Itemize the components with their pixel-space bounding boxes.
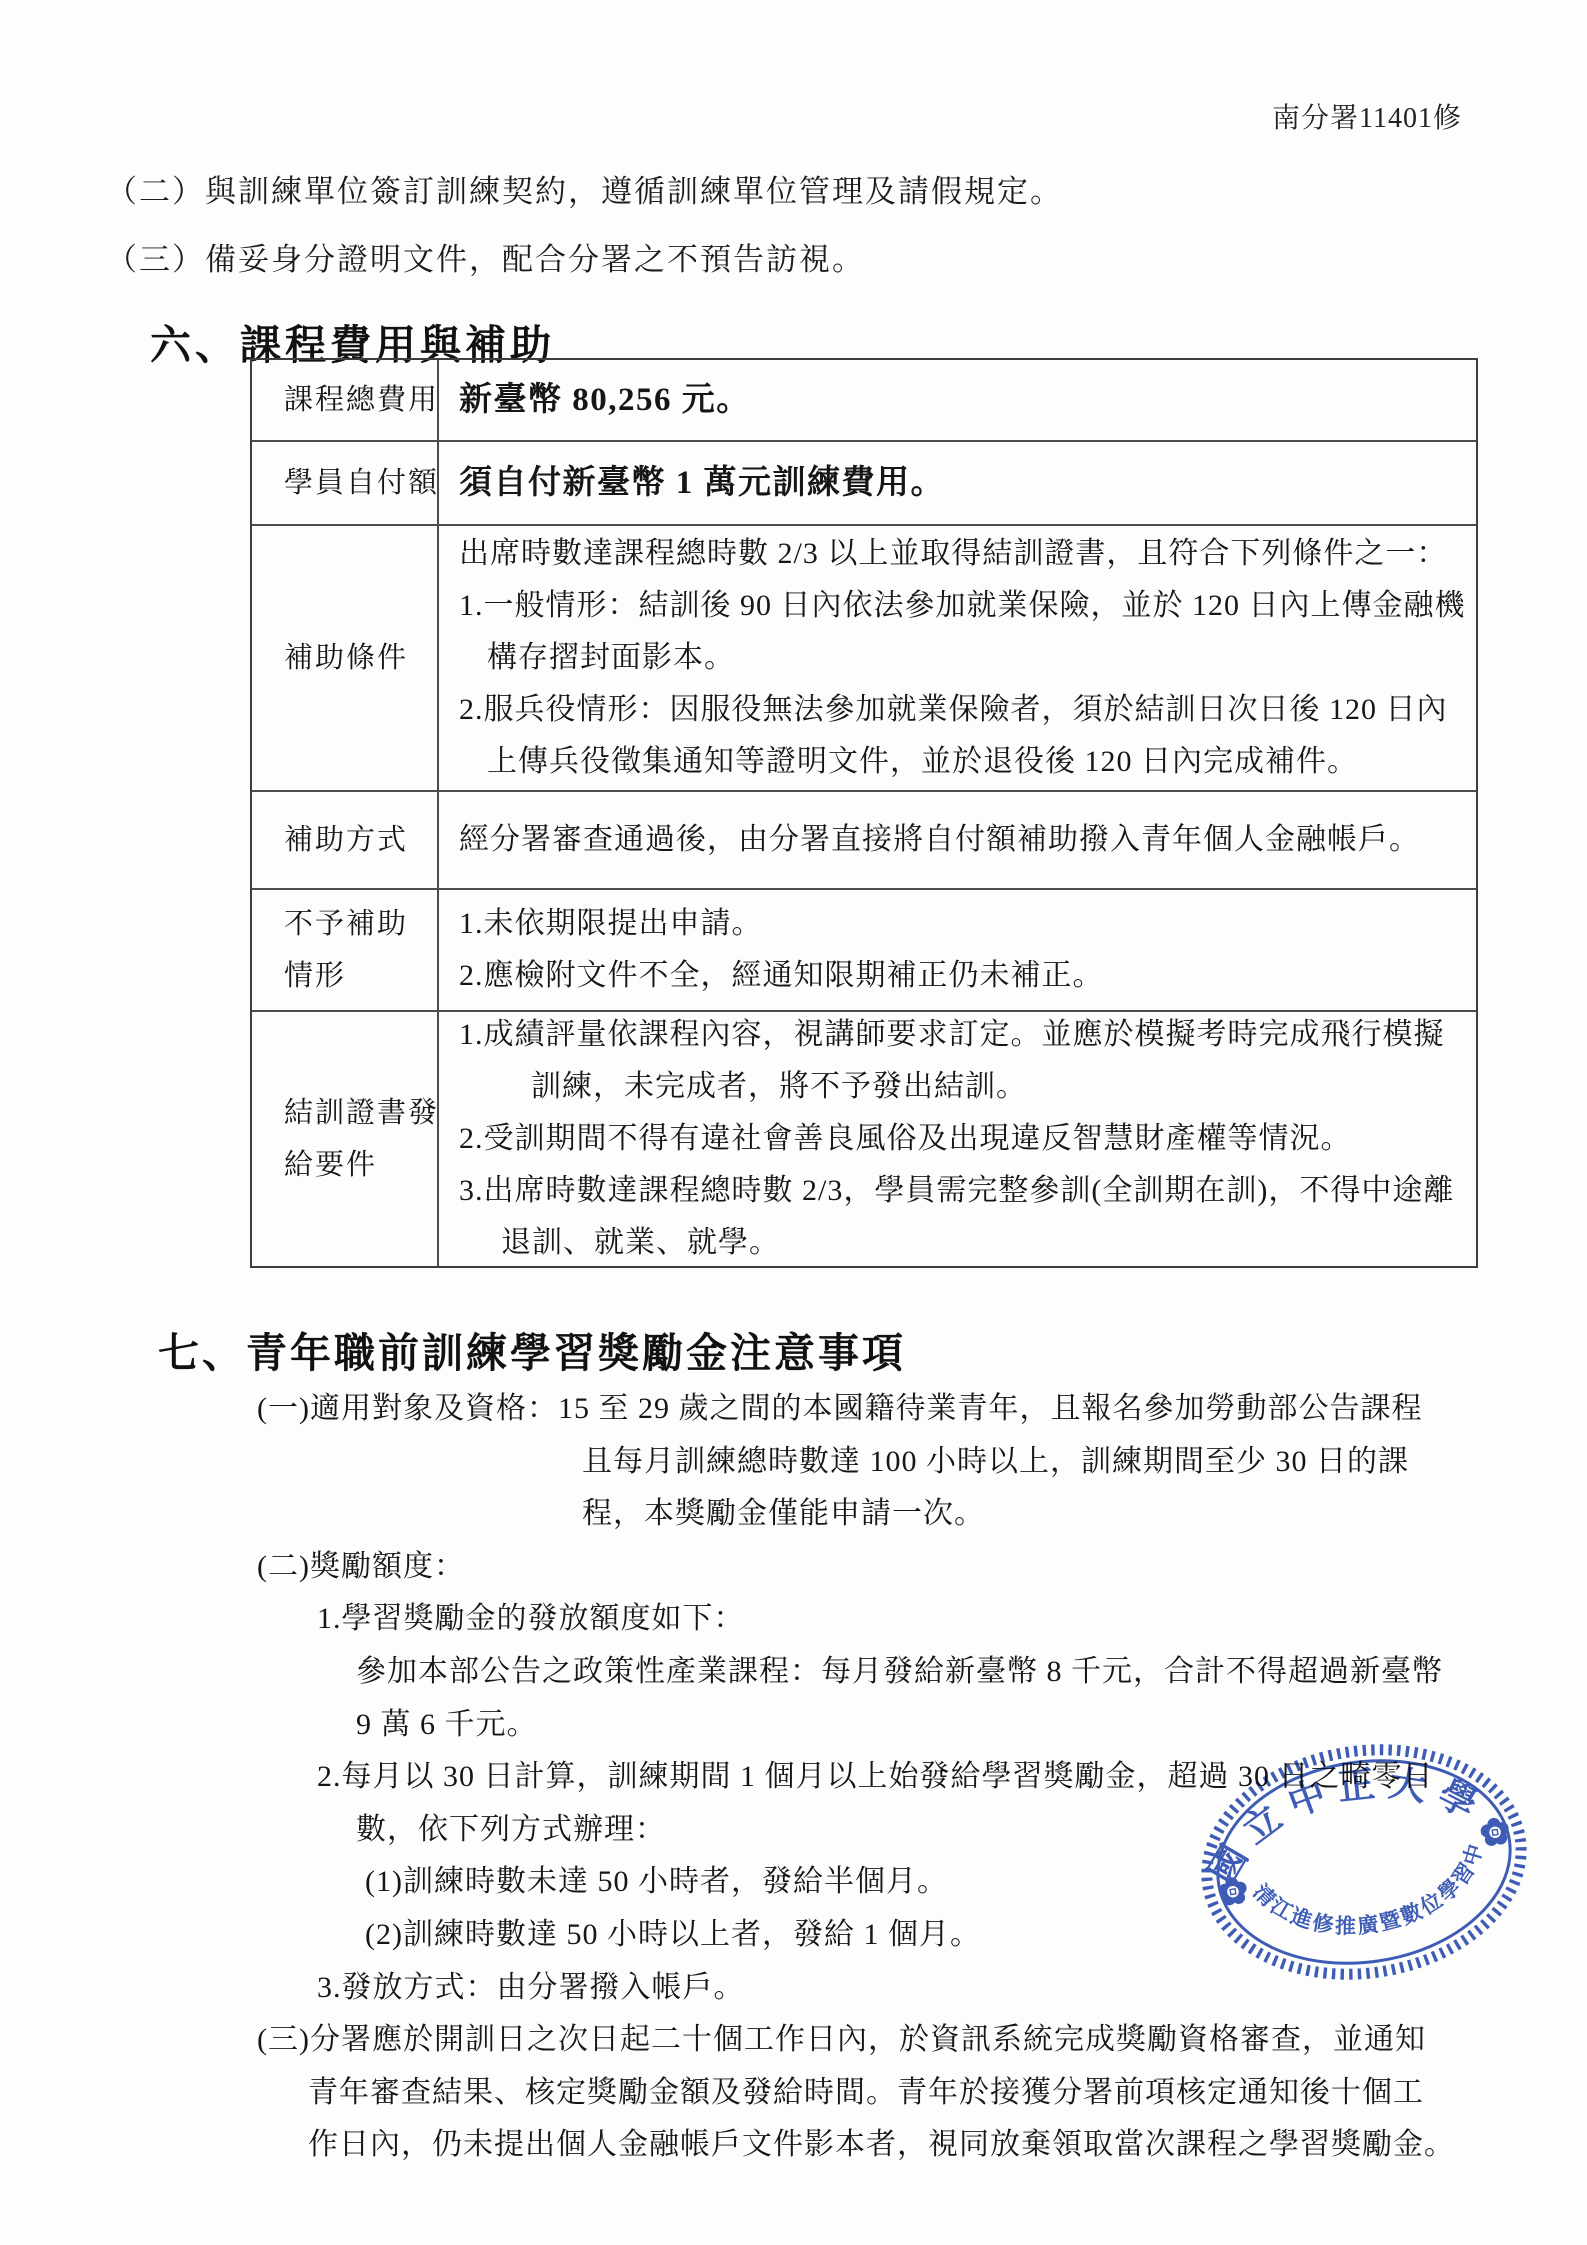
doc-line: (三)分署應於開訓日之次日起二十個工作日內，於資訊系統完成獎勵資格審查，並通知 (257, 2014, 1527, 2067)
doc-line: 作日內，仍未提出個人金融帳戶文件影本者，視同放棄領取當次課程之學習獎勵金。 (257, 2119, 1527, 2172)
row-label: 課程總費用 (252, 360, 439, 440)
row-label: 補助條件 (252, 526, 439, 790)
row-label: 補助方式 (252, 792, 439, 888)
doc-line: 青年審查結果、核定獎勵金額及發給時間。青年於接獲分署前項核定通知後十個工 (257, 2067, 1527, 2120)
doc-line: (二)獎勵額度： (257, 1541, 1527, 1594)
row-content: 出席時數達課程總時數 2/3 以上並取得結訓證書，且符合下列條件之一： 1.一般… (439, 526, 1476, 790)
doc-line: 程，本獎勵金僅能申請一次。 (257, 1488, 1527, 1541)
table-row: 結訓證書發 給要件 1.成績評量依課程內容，視講師要求訂定。並應於模擬考時完成飛… (252, 1012, 1476, 1266)
doc-line: (一)適用對象及資格：15 至 29 歲之間的本國籍待業青年，且報名參加勞動部公… (257, 1383, 1527, 1436)
doc-line: （三）備妥身分證明文件，配合分署之不預告訪視。 (106, 234, 865, 279)
university-stamp: 國立中正大學 清江進修推廣暨數位學習中心 (1180, 1717, 1548, 2008)
row-label: 結訓證書發 給要件 (252, 1012, 439, 1266)
doc-line: 且每月訓練總時數達 100 小時以上，訓練期間至少 30 日的課 (257, 1436, 1527, 1489)
doc-line: （二）與訓練單位簽訂訓練契約，遵循訓練單位管理及請假規定。 (106, 166, 1063, 211)
row-content: 1.未依期限提出申請。 2.應檢附文件不全，經通知限期補正仍未補正。 (439, 890, 1476, 1010)
stamp-right-emblem (1479, 1816, 1511, 1847)
doc-reference-number: 南分署11401修 (1272, 96, 1462, 136)
row-label: 不予補助 情形 (252, 890, 439, 1010)
table-row: 學員自付額 須自付新臺幣 1 萬元訓練費用。 (252, 442, 1476, 526)
row-content: 經分署審查通過後，由分署直接將自付額補助撥入青年個人金融帳戶。 (439, 792, 1476, 888)
table-row: 不予補助 情形 1.未依期限提出申請。 2.應檢附文件不全，經通知限期補正仍未補… (252, 890, 1476, 1012)
doc-line: 參加本部公告之政策性產業課程：每月發給新臺幣 8 千元，合計不得超過新臺幣 (257, 1646, 1527, 1699)
row-content: 1.成績評量依課程內容，視講師要求訂定。並應於模擬考時完成飛行模擬 訓練，未完成… (439, 1012, 1476, 1266)
row-label: 學員自付額 (252, 442, 439, 524)
doc-line: 1.學習獎勵金的發放額度如下： (257, 1593, 1527, 1646)
document-page: 南分署11401修 （二）與訓練單位簽訂訓練契約，遵循訓練單位管理及請假規定。 … (0, 0, 1587, 2245)
table-row: 補助條件 出席時數達課程總時數 2/3 以上並取得結訓證書，且符合下列條件之一：… (252, 526, 1476, 792)
section7-heading: 七、青年職前訓練學習獎勵金注意事項 (158, 1320, 906, 1379)
fee-subsidy-table: 課程總費用 新臺幣 80,256 元。 學員自付額 須自付新臺幣 1 萬元訓練費… (250, 358, 1478, 1268)
table-row: 課程總費用 新臺幣 80,256 元。 (252, 360, 1476, 442)
table-row: 補助方式 經分署審查通過後，由分署直接將自付額補助撥入青年個人金融帳戶。 (252, 792, 1476, 890)
row-content: 新臺幣 80,256 元。 (439, 360, 1476, 440)
stamp-graphic: 國立中正大學 清江進修推廣暨數位學習中心 (1180, 1717, 1548, 2008)
row-content: 須自付新臺幣 1 萬元訓練費用。 (439, 442, 1476, 524)
